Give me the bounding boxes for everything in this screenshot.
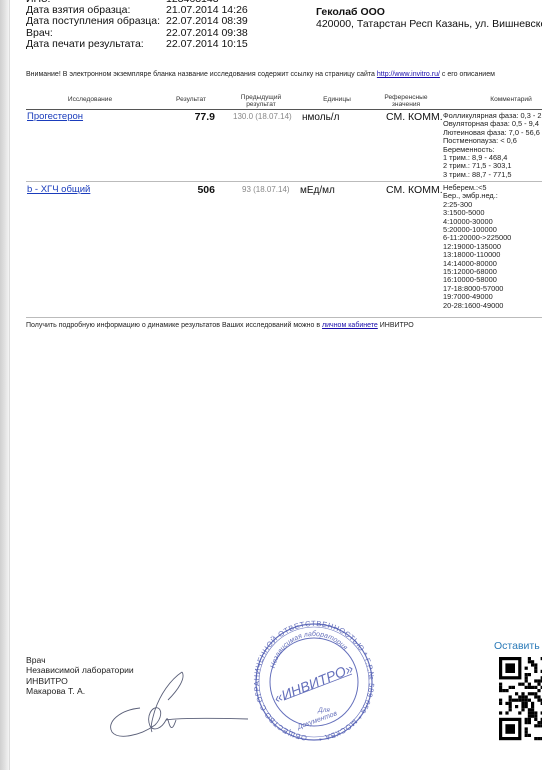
stamp-icon: ОБЩЕСТВО С ОГРАНИЧЕННОЙ ОТВЕТСТВЕННОСТЬЮ… xyxy=(252,618,377,748)
cabinet-text: Получить подробную информацию о динамике… xyxy=(26,322,322,329)
notice-text-end: с его описанием xyxy=(440,71,495,78)
test-link-hcg[interactable]: b - ХГЧ общий xyxy=(27,184,90,195)
doctor-title: Врач xyxy=(26,655,134,665)
header-result: Результат xyxy=(166,96,216,103)
notice-text: Внимание! В электронном экземпляре бланк… xyxy=(26,71,377,78)
qr-code-icon[interactable] xyxy=(497,655,542,741)
units: нмоль/л xyxy=(302,112,339,123)
feedback-link[interactable]: Оставить отзыв xyxy=(494,640,542,652)
cabinet-info: Получить подробную информацию о динамике… xyxy=(26,322,414,329)
header-previous-line1: Предыдущий xyxy=(226,94,296,101)
info-value: 22.07.2014 10:15 xyxy=(166,39,248,50)
header-reference: Референсные значения xyxy=(371,94,441,108)
table-row: Прогестерон 77.9 130.0 (18.07.14) нмоль/… xyxy=(26,111,542,181)
header-previous-line2: результат xyxy=(226,101,296,108)
reference: СМ. КОММ. xyxy=(386,111,443,123)
header-reference-line2: значения xyxy=(371,101,441,108)
row-divider xyxy=(26,317,542,318)
page-edge xyxy=(0,0,10,770)
signature-icon xyxy=(100,670,250,745)
cabinet-text-end: ИНВИТРО xyxy=(378,322,414,329)
lab-name: Геколаб ООО xyxy=(316,6,542,18)
previous-result: 93 (18.07.14) xyxy=(242,185,290,194)
header-reference-line1: Референсные xyxy=(371,94,441,101)
result-value: 506 xyxy=(175,184,215,196)
header-previous: Предыдущий результат xyxy=(226,94,296,108)
header-comment: Комментарий xyxy=(466,96,542,103)
info-label: Дата поступления образца: xyxy=(26,16,166,27)
svg-text:«ИНВИТРО»: «ИНВИТРО» xyxy=(272,660,356,706)
units: мЕд/мл xyxy=(300,185,335,196)
patient-info: ИНЗ: 123463143 Дата взятия образца: 21.0… xyxy=(26,0,248,50)
personal-cabinet-link[interactable]: личном кабинете xyxy=(322,322,378,329)
previous-result: 130.0 (18.07.14) xyxy=(233,112,292,121)
table-row: b - ХГЧ общий 506 93 (18.07.14) мЕд/мл С… xyxy=(26,184,542,317)
results-table-header: Исследование Результат Предыдущий резуль… xyxy=(26,92,542,110)
comment-line: 3 трим.: 88,7 - 771,5 xyxy=(443,171,542,179)
test-link-progesterone[interactable]: Прогестерон xyxy=(27,111,83,122)
comment: Фолликулярная фаза: 0,3 - 2,2Овуляторная… xyxy=(443,112,542,179)
info-row-receipt-date: Дата поступления образца: 22.07.2014 08:… xyxy=(26,16,248,27)
lab-address: 420000, Татарстан Респ Казань, ул. Вишне… xyxy=(316,18,542,30)
notice: Внимание! В электронном экземпляре бланк… xyxy=(26,71,495,78)
info-value: 22.07.2014 08:39 xyxy=(166,16,248,27)
result-value: 77.9 xyxy=(175,111,215,123)
header-units: Единицы xyxy=(302,96,372,103)
reference: СМ. КОММ. xyxy=(386,184,443,196)
comment: Неберем.:<5Бер., эмбр.нед.:2:25-3003:150… xyxy=(443,184,511,310)
comment-line: 20-28:1600-49000 xyxy=(443,302,511,310)
lab-info: Геколаб ООО 420000, Татарстан Респ Казан… xyxy=(316,6,542,30)
row-divider xyxy=(26,181,542,182)
info-label: Дата печати результата: xyxy=(26,39,166,50)
invitro-site-link[interactable]: http://www.invitro.ru/ xyxy=(377,71,440,78)
info-row-print-date: Дата печати результата: 22.07.2014 10:15 xyxy=(26,39,248,50)
header-test: Исследование xyxy=(26,96,154,103)
